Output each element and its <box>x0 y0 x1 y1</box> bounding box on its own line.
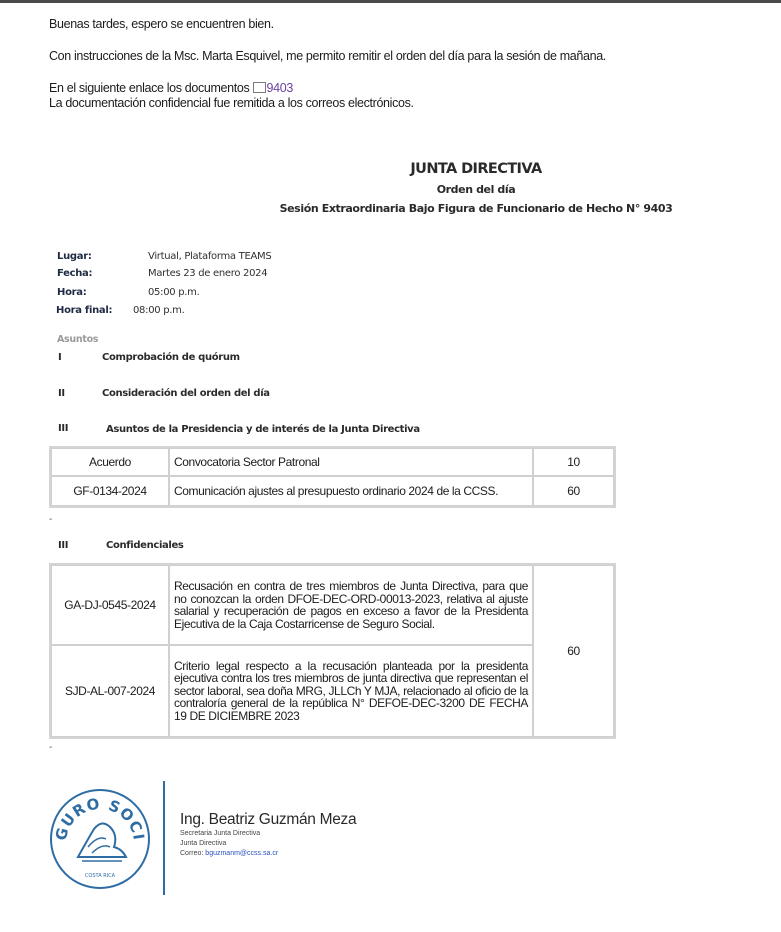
greeting-text: Buenas tardes, espero se encuentren bien… <box>49 17 274 32</box>
email-label: Correo: <box>180 850 205 857</box>
meta-value-hora-final: 08:00 p.m. <box>133 305 184 316</box>
table-row: SJD-AL-007-2024 Criterio legal respecto … <box>51 645 614 737</box>
signer-department: Junta Directiva <box>180 839 226 849</box>
separator-mark: - <box>49 742 52 753</box>
signer-name: Ing. Beatriz Guzmán Meza <box>180 811 356 829</box>
item-number-1: I <box>58 352 61 363</box>
item-text-2: Consideración del orden del día <box>102 388 270 399</box>
table-cell-description: Comunicación ajustes al presupuesto ordi… <box>169 476 533 506</box>
instructions-text: Con instrucciones de la Msc. Marta Esqui… <box>49 49 606 64</box>
seguro-social-logo: SEGURO SOCIAL COSTA RICA <box>48 787 152 891</box>
seguro-social-emblem-icon: SEGURO SOCIAL COSTA RICA <box>48 787 152 891</box>
table-cell-code: GF-0134-2024 <box>51 476 169 506</box>
session-title: Sesión Extraordinaria Bajo Figura de Fun… <box>236 202 716 215</box>
documents-link[interactable]: 9403 <box>267 81 293 95</box>
document-subtitle: Orden del día <box>376 183 576 196</box>
signer-role: Secretaria Junta Directiva <box>180 829 260 839</box>
table-row: Acuerdo Convocatoria Sector Patronal 10 <box>51 448 614 476</box>
meta-label-hora-final: Hora final: <box>56 305 112 316</box>
table-cell-minutes: 60 <box>533 476 614 506</box>
signer-email-line: Correo: bguzmanm@ccss.sa.cr <box>180 849 278 859</box>
table-cell-description: Convocatoria Sector Patronal <box>169 448 533 476</box>
document-icon <box>253 82 266 93</box>
signature-divider <box>163 781 165 895</box>
link-line: En el siguiente enlace los documentos 94… <box>49 81 293 96</box>
table-row: GF-0134-2024 Comunicación ajustes al pre… <box>51 476 614 506</box>
svg-text:COSTA RICA: COSTA RICA <box>85 873 116 879</box>
meta-label-fecha: Fecha: <box>57 268 92 279</box>
table-row: GA-DJ-0545-2024 Recusación en contra de … <box>51 565 614 645</box>
document-title: JUNTA DIRECTIVA <box>376 161 576 177</box>
item-number-3: III <box>58 423 68 434</box>
table-cell-description: Recusación en contra de tres miembros de… <box>169 565 533 645</box>
item-text-1: Comprobación de quórum <box>102 352 240 363</box>
meta-value-hora: 05:00 p.m. <box>148 287 199 298</box>
meta-label-lugar: Lugar: <box>57 251 92 262</box>
window-top-border <box>0 0 781 3</box>
agenda-table-confidenciales: GA-DJ-0545-2024 Recusación en contra de … <box>49 563 616 739</box>
meta-value-fecha: Martes 23 de enero 2024 <box>148 268 267 279</box>
separator-mark: - <box>49 514 52 525</box>
table-cell-minutes: 10 <box>533 448 614 476</box>
signer-email-link[interactable]: bguzmanm@ccss.sa.cr <box>205 850 278 857</box>
table-cell-description: Criterio legal respecto a la recusación … <box>169 645 533 737</box>
table-cell-code: GA-DJ-0545-2024 <box>51 565 169 645</box>
agenda-table-presidencia: Acuerdo Convocatoria Sector Patronal 10 … <box>49 446 616 508</box>
table-cell-code: Acuerdo <box>51 448 169 476</box>
meta-value-lugar: Virtual, Plataforma TEAMS <box>148 251 271 262</box>
asuntos-label: Asuntos <box>57 334 98 345</box>
confidential-section-title: Confidenciales <box>106 540 184 551</box>
link-intro-text: En el siguiente enlace los documentos <box>49 81 253 95</box>
table-cell-minutes: 60 <box>533 565 614 737</box>
confidential-section-number: III <box>58 540 68 551</box>
item-text-3: Asuntos de la Presidencia y de interés d… <box>106 424 420 435</box>
table-cell-code: SJD-AL-007-2024 <box>51 645 169 737</box>
confidential-note-text: La documentación confidencial fue remiti… <box>49 96 414 111</box>
meta-label-hora: Hora: <box>57 287 86 298</box>
item-number-2: II <box>58 388 65 399</box>
